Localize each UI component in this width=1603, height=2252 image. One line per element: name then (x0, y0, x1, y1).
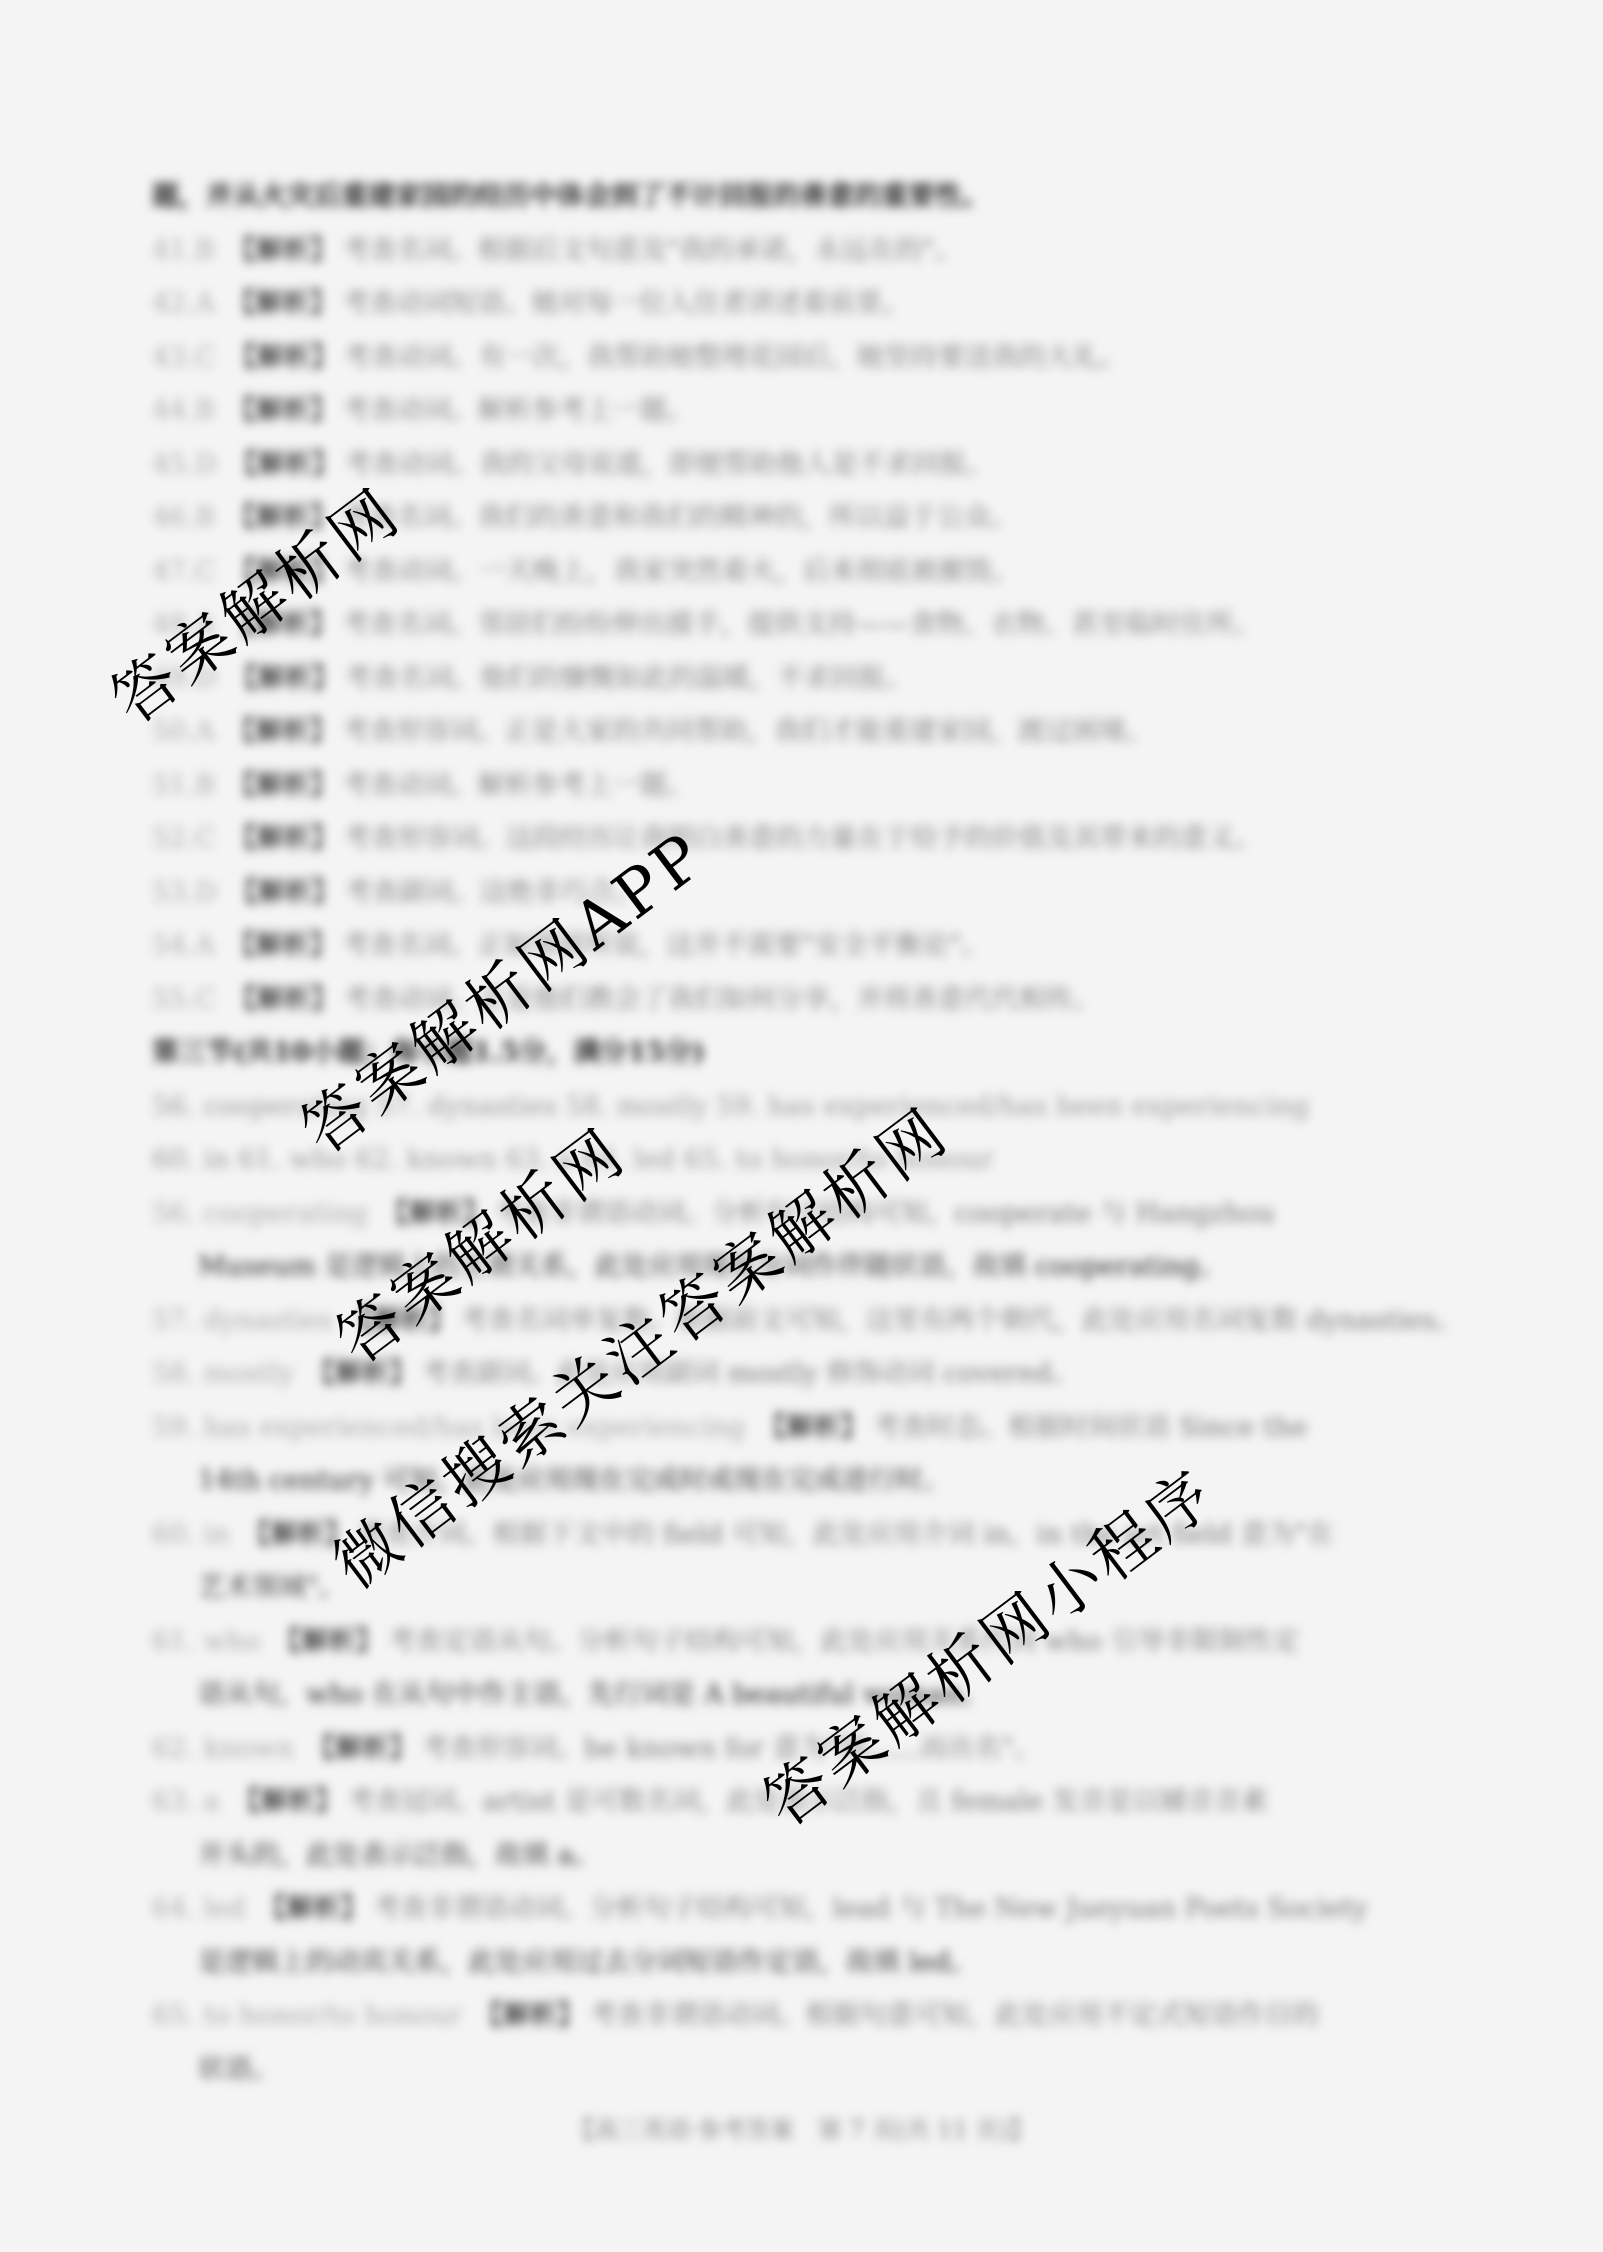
explanation-text: 考查动词短语。她对每一位入住者讲述着前景。 (342, 288, 909, 319)
analysis-tag: 【解析】 (231, 877, 339, 908)
explanation-text: 考查名词。我们的善意和我们的精神的，所以益于公众。 (343, 502, 1018, 533)
analysis-tag: 【解析】 (234, 1786, 342, 1817)
analysis-tag: 【解析】 (228, 930, 336, 961)
answer-number: 45.D (152, 449, 217, 480)
analysis-tag: 【解析】 (229, 395, 337, 426)
answer-number: 55.C (152, 984, 216, 1015)
explanation-continuation: 状语。 (152, 2043, 1462, 2097)
answer-item: 51.B【解析】考查动词。解析参考上一题。 (152, 759, 1462, 813)
answer-number: 41.B (152, 235, 215, 266)
answer-number: 54.A (152, 930, 214, 961)
answer-number: 47.C (152, 556, 216, 587)
answer-number: 64. led (152, 1893, 245, 1924)
explanation-text: 考查形容词。be known for 意为"因……而出名"。 (422, 1733, 1041, 1764)
document-page: 题，并从火灾后重建家园的经历中体会到了不计回报的善意的重要性。41.B【解析】考… (0, 0, 1603, 2252)
explanation-continuation: 是逻辑上的动宾关系，此处应用过去分词短语作定语，故填 led。 (152, 1936, 1462, 1990)
explanation-text: 考查形容词。这段经历让我明白善意的力量在于给予的价值及其带来的意义。 (344, 823, 1262, 854)
explanation-text: 考查名词。邻居们纷纷伸出援手，提供支持——食物、衣物、甚至临时住所。 (342, 609, 1260, 640)
explanation-text: 考查副词。此处应用副词 mostly 修饰动词 covered。 (422, 1358, 1079, 1389)
explanation-text: 考查名词。根据后文句意及"我的承诺，永远在的"。 (343, 235, 962, 266)
analysis-tag: 【解析】 (230, 823, 338, 854)
answer-item: 64. led【解析】考查非谓语动词。分析句子结构可知，lead 与 The N… (152, 1882, 1462, 1936)
answer-number: 43.C (152, 342, 216, 373)
analysis-tag: 【解析】 (228, 288, 336, 319)
answer-item: 49.D【解析】考查名词。他们的慷慨如此的温暖，不求回报。 (152, 652, 1462, 706)
answer-item: 41.B【解析】考查名词。根据后文句意及"我的承诺，永远在的"。 (152, 224, 1462, 278)
analysis-tag: 【解析】 (231, 449, 339, 480)
answer-number: 53.D (152, 877, 217, 908)
answer-item: 52.C【解析】考查形容词。这段经历让我明白善意的力量在于给予的价值及其带来的意… (152, 812, 1462, 866)
explanation-continuation: 开头的，此处表示泛指，故填 a。 (152, 1829, 1462, 1883)
answer-number: 60. in (152, 1519, 230, 1550)
answer-number: 58. mostly (152, 1358, 294, 1389)
explanation-text: 考查名词。正如邻居所说，这并不需要"安全平衡论"。 (342, 930, 988, 961)
answer-number: 65. to honor/to honour (152, 2000, 462, 2031)
answer-item: 59. has experienced/has been experiencin… (152, 1401, 1462, 1455)
answer-item: 50.A【解析】考查形容词。正是大家的共同帮助，我们才能重建家园，渡过困境。 (152, 705, 1462, 759)
analysis-tag: 【解析】 (476, 2000, 584, 2031)
answer-number: 56. cooperating (152, 1198, 368, 1229)
answer-item: 45.D【解析】考查动词。我的父母说道，即便帮助他人是不求回报。 (152, 438, 1462, 492)
analysis-tag: 【解析】 (259, 1893, 367, 1924)
explanation-text: 考查非谓语动词。分析句子结构可知，lead 与 The New Jueyuan … (373, 1893, 1368, 1924)
answer-item: 55.C【解析】考查动词。正是他们教会了我们如何分享，并将善意代代相传。 (152, 973, 1462, 1027)
answer-item: 53.D【解析】考查副词。这绝非巧合。 (152, 866, 1462, 920)
answer-item: 44.B【解析】考查动词。解析参考上一题。 (152, 384, 1462, 438)
explanation-continuation: 14th century 可知，此处应用现在完成时或现在完成进行时。 (152, 1454, 1462, 1508)
analysis-tag: 【解析】 (231, 663, 339, 694)
answer-number: 62. known (152, 1733, 294, 1764)
answer-item: 65. to honor/to honour【解析】考查非谓语动词。根据句意可知… (152, 1989, 1462, 2043)
analysis-tag: 【解析】 (759, 1412, 867, 1443)
explanation-text: 考查非谓语动词。根据句意可知，此处应用不定式短语作目的 (590, 2000, 1319, 2031)
answer-number: 42.A (152, 288, 214, 319)
explanation-text: 考查形容词。正是大家的共同帮助，我们才能重建家园，渡过困境。 (342, 716, 1152, 747)
answer-item: 61. who【解析】考查定语从句。分析句子结构可知，此处应用关系代词 who … (152, 1615, 1462, 1669)
explanation-text: 考查动词。有一次，我帮助她整理花园后，她坚持要送我的大礼。 (344, 342, 1127, 373)
analysis-tag: 【解析】 (230, 984, 338, 1015)
page-footer: 【高三英语·参考答案 第 7 页(共 11 页)】 (0, 2110, 1603, 2145)
answer-number: 61. who (152, 1626, 260, 1657)
answer-number: 51.B (152, 770, 215, 801)
analysis-tag: 【解析】 (228, 716, 336, 747)
answer-item: 58. mostly【解析】考查副词。此处应用副词 mostly 修饰动词 co… (152, 1347, 1462, 1401)
answer-item: 43.C【解析】考查动词。有一次，我帮助她整理花园后，她坚持要送我的大礼。 (152, 331, 1462, 385)
answer-number: 63. a (152, 1786, 220, 1817)
answer-number: 46.B (152, 502, 215, 533)
answer-item: 42.A【解析】考查动词短语。她对每一位入住者讲述着前景。 (152, 277, 1462, 331)
analysis-tag: 【解析】 (230, 342, 338, 373)
answer-number: 57. dynasties (152, 1305, 333, 1336)
answer-item: 48.A【解析】考查名词。邻居们纷纷伸出援手，提供支持——食物、衣物、甚至临时住… (152, 598, 1462, 652)
explanation-text: 考查动词。一天晚上，我家突然着火，后来彻底被摧毁。 (344, 556, 1019, 587)
explanation-continuation: 语从句，who 在从句中作主语，先行词是 A beautiful woman。 (152, 1668, 1462, 1722)
explanation-text: 考查名词。他们的慷慨如此的温暖，不求回报。 (345, 663, 912, 694)
analysis-tag: 【解析】 (274, 1626, 382, 1657)
explanation-text: 考查定语从句。分析句子结构可知，此处应用关系代词 who 引导非限制性定 (388, 1626, 1299, 1657)
explanation-text: 考查动词。我的父母说道，即便帮助他人是不求回报。 (345, 449, 993, 480)
answer-number: 59. has experienced/has been experiencin… (152, 1412, 745, 1443)
answer-item: 54.A【解析】考查名词。正如邻居所说，这并不需要"安全平衡论"。 (152, 919, 1462, 973)
analysis-tag: 【解析】 (308, 1733, 416, 1764)
analysis-tag: 【解析】 (229, 770, 337, 801)
explanation-text: 考查时态。根据时间状语 Since the (873, 1412, 1307, 1443)
explanation-text: 考查动词。解析参考上一题。 (343, 395, 694, 426)
explanation-text: 考查动词。解析参考上一题。 (343, 770, 694, 801)
analysis-tag: 【解析】 (229, 235, 337, 266)
answer-number: 44.B (152, 395, 215, 426)
answer-number: 52.C (152, 823, 216, 854)
section-heading: 题，并从火灾后重建家园的经历中体会到了不计回报的善意的重要性。 (152, 170, 1462, 224)
